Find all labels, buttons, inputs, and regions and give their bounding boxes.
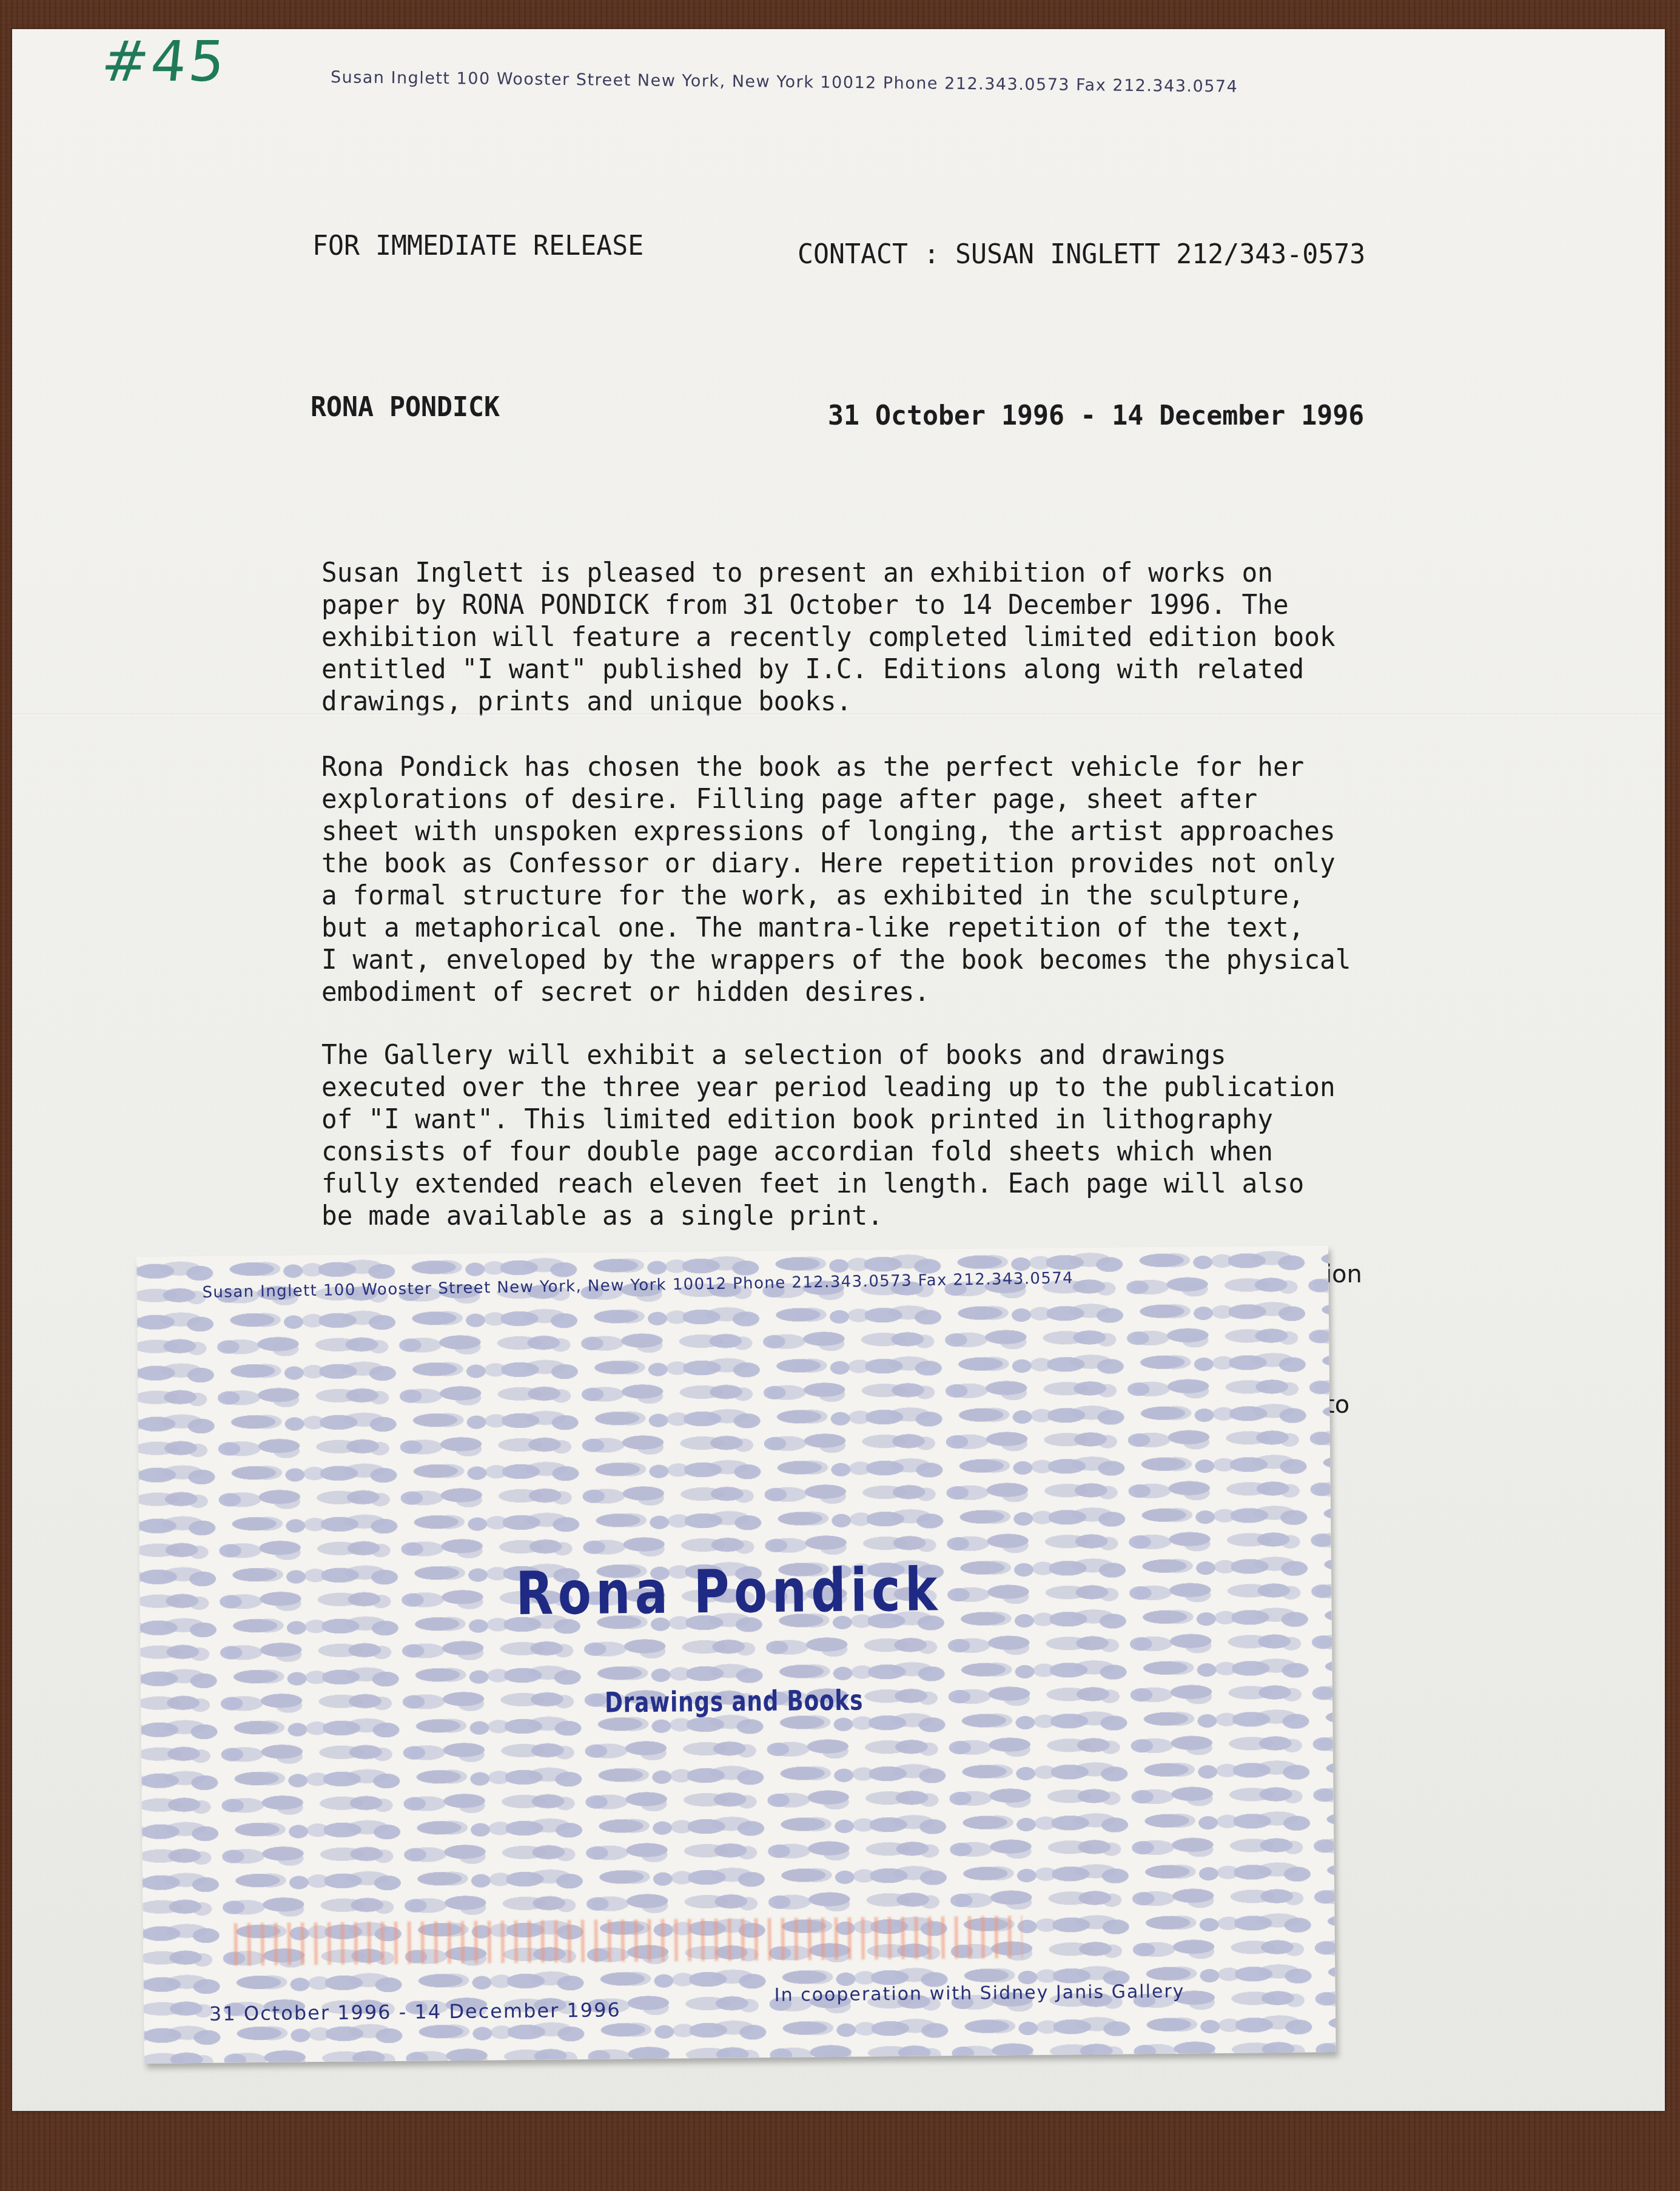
postcard-cooperation-credit: In cooperation with Sidney Janis Gallery	[774, 1981, 1185, 2005]
exhibition-dates: 31 October 1996 - 14 December 1996	[828, 399, 1364, 431]
body-paragraph-1: Susan Inglett is pleased to present an e…	[321, 557, 1369, 718]
body-paragraph-2: Rona Pondick has chosen the book as the …	[321, 751, 1369, 1008]
exhibition-postcard: Susan Inglett 100 Wooster Street New Yor…	[136, 1245, 1336, 2064]
postcard-dates: 31 October 1996 - 14 December 1996	[209, 1998, 621, 2025]
body-paragraph-3: The Gallery will exhibit a selection of …	[321, 1039, 1369, 1232]
handwritten-annotation: #45	[98, 29, 230, 94]
obscured-text-fragment: ion	[1325, 1260, 1362, 1288]
light-glare	[234, 1916, 1023, 1965]
release-label: FOR IMMEDIATE RELEASE	[312, 229, 643, 261]
letterhead: Susan Inglett 100 Wooster Street New Yor…	[331, 68, 1386, 98]
artist-name-heading: RONA PONDICK	[311, 391, 500, 423]
postcard-title: Rona Pondick	[516, 1555, 942, 1629]
postcard-subtitle: Drawings and Books	[605, 1684, 864, 1719]
contact-line: CONTACT : SUSAN INGLETT 212/343-0573	[798, 238, 1365, 270]
